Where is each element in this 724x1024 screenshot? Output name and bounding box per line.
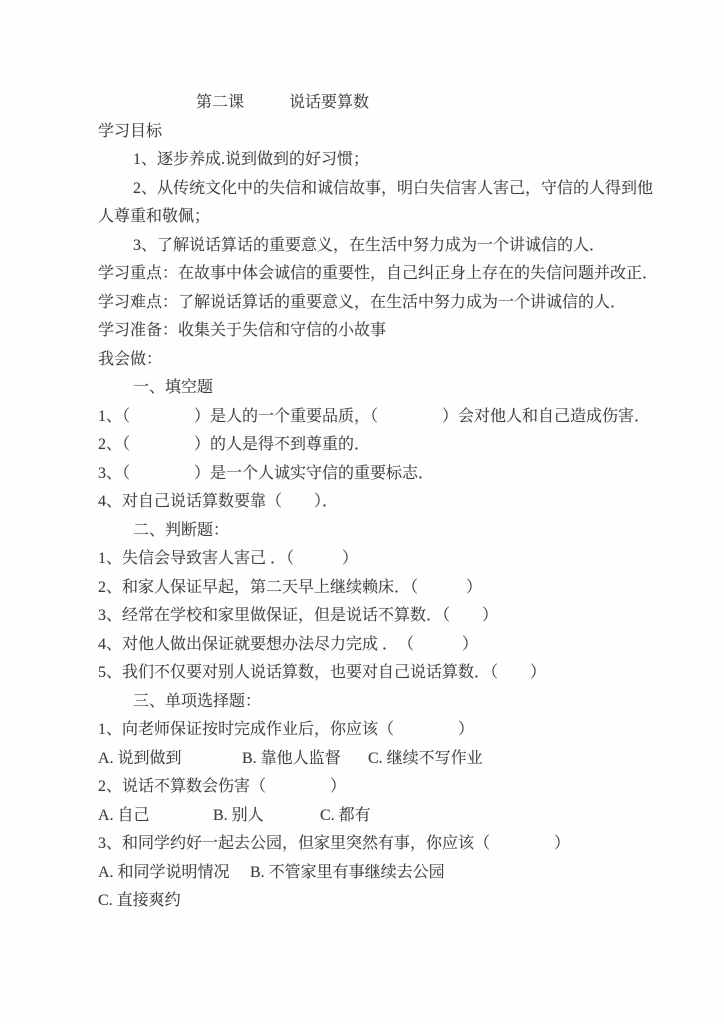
difficulties-line: 学习难点：了解说话算话的重要意义，在生活中努力成为一个讲诚信的人． [98,289,658,318]
section-heading-true-false: 二、判断题： [98,517,658,546]
choice-question-1-stem: 1、向老师保证按时完成作业后，你应该（ ） [98,716,658,745]
choice-question-2-options: A. 自己B. 别人C. 都有 [98,802,658,831]
preparation-line: 学习准备：收集关于失信和守信的小故事 [98,317,658,346]
true-false-question-5: 5、我们不仅要对别人说话算数，也要对自己说话算数．（ ） [98,659,658,688]
lesson-topic: 说话要算数 [289,94,369,111]
objective-item-1: 1、逐步养成.说到做到的好习惯； [98,146,658,175]
section-heading-multiple-choice: 三、单项选择题： [98,688,658,717]
choice-q3-option-b: B. 不管家里有事继续去公园 [250,859,445,888]
choice-q2-option-c: C. 都有 [320,802,371,831]
choice-question-2-stem: 2、说话不算数会伤害（ ） [98,773,658,802]
objective-item-3: 3、了解说话算话的重要意义，在生活中努力成为一个讲诚信的人． [98,232,658,261]
i-will-do-line: 我会做： [98,346,658,375]
true-false-question-1: 1、失信会导致害人害己 ．（ ） [98,545,658,574]
section-heading-fill-blanks: 一、填空题 [98,374,658,403]
choice-question-3-options: A. 和同学说明情况B. 不管家里有事继续去公园 [98,859,658,888]
choice-q3-option-a: A. 和同学说明情况 [98,859,250,888]
choice-question-1-options: A. 说到做到B. 靠他人监督C. 继续不写作业 [98,745,658,774]
objective-item-2: 2、从传统文化中的失信和诚信故事，明白失信害人害己，守信的人得到他 [98,175,658,204]
choice-question-3-stem: 3、和同学约好一起去公园，但家里突然有事，你应该（ ） [98,830,658,859]
true-false-question-4: 4、对他人做出保证就要想办法尽力完成 ． （ ） [98,631,658,660]
choice-question-3-option-c: C. 直接爽约 [98,887,658,916]
fill-blank-question-1: 1、（ ）是人的一个重要品质，（ ）会对他人和自己造成伤害． [98,403,658,432]
lesson-title: 第二课说话要算数 [98,89,658,118]
fill-blank-question-2: 2、（ ）的人是得不到尊重的． [98,431,658,460]
choice-q1-option-a: A. 说到做到 [98,745,242,774]
objective-item-2-continued: 人尊重和敬佩； [98,203,658,232]
fill-blank-question-4: 4、对自己说话算数要靠（ ）． [98,488,658,517]
choice-q2-option-a: A. 自己 [98,802,213,831]
objectives-heading: 学习目标 [98,118,658,147]
choice-q1-option-c: C. 继续不写作业 [368,745,483,774]
worksheet-page: 第二课说话要算数 学习目标 1、逐步养成.说到做到的好习惯； 2、从传统文化中的… [0,0,724,1024]
true-false-question-3: 3、经常在学校和家里做保证，但是说话不算数．（ ） [98,602,658,631]
fill-blank-question-3: 3、（ ）是一个人诚实守信的重要标志． [98,460,658,489]
lesson-number: 第二课 [196,94,244,111]
choice-q1-option-b: B. 靠他人监督 [242,745,368,774]
key-points-line: 学习重点：在故事中体会诚信的重要性，自己纠正身上存在的失信问题并改正． [98,260,658,289]
choice-q2-option-b: B. 别人 [213,802,320,831]
document-body: 第二课说话要算数 学习目标 1、逐步养成.说到做到的好习惯； 2、从传统文化中的… [98,89,658,916]
true-false-question-2: 2、和家人保证早起，第二天早上继续赖床．（ ） [98,574,658,603]
